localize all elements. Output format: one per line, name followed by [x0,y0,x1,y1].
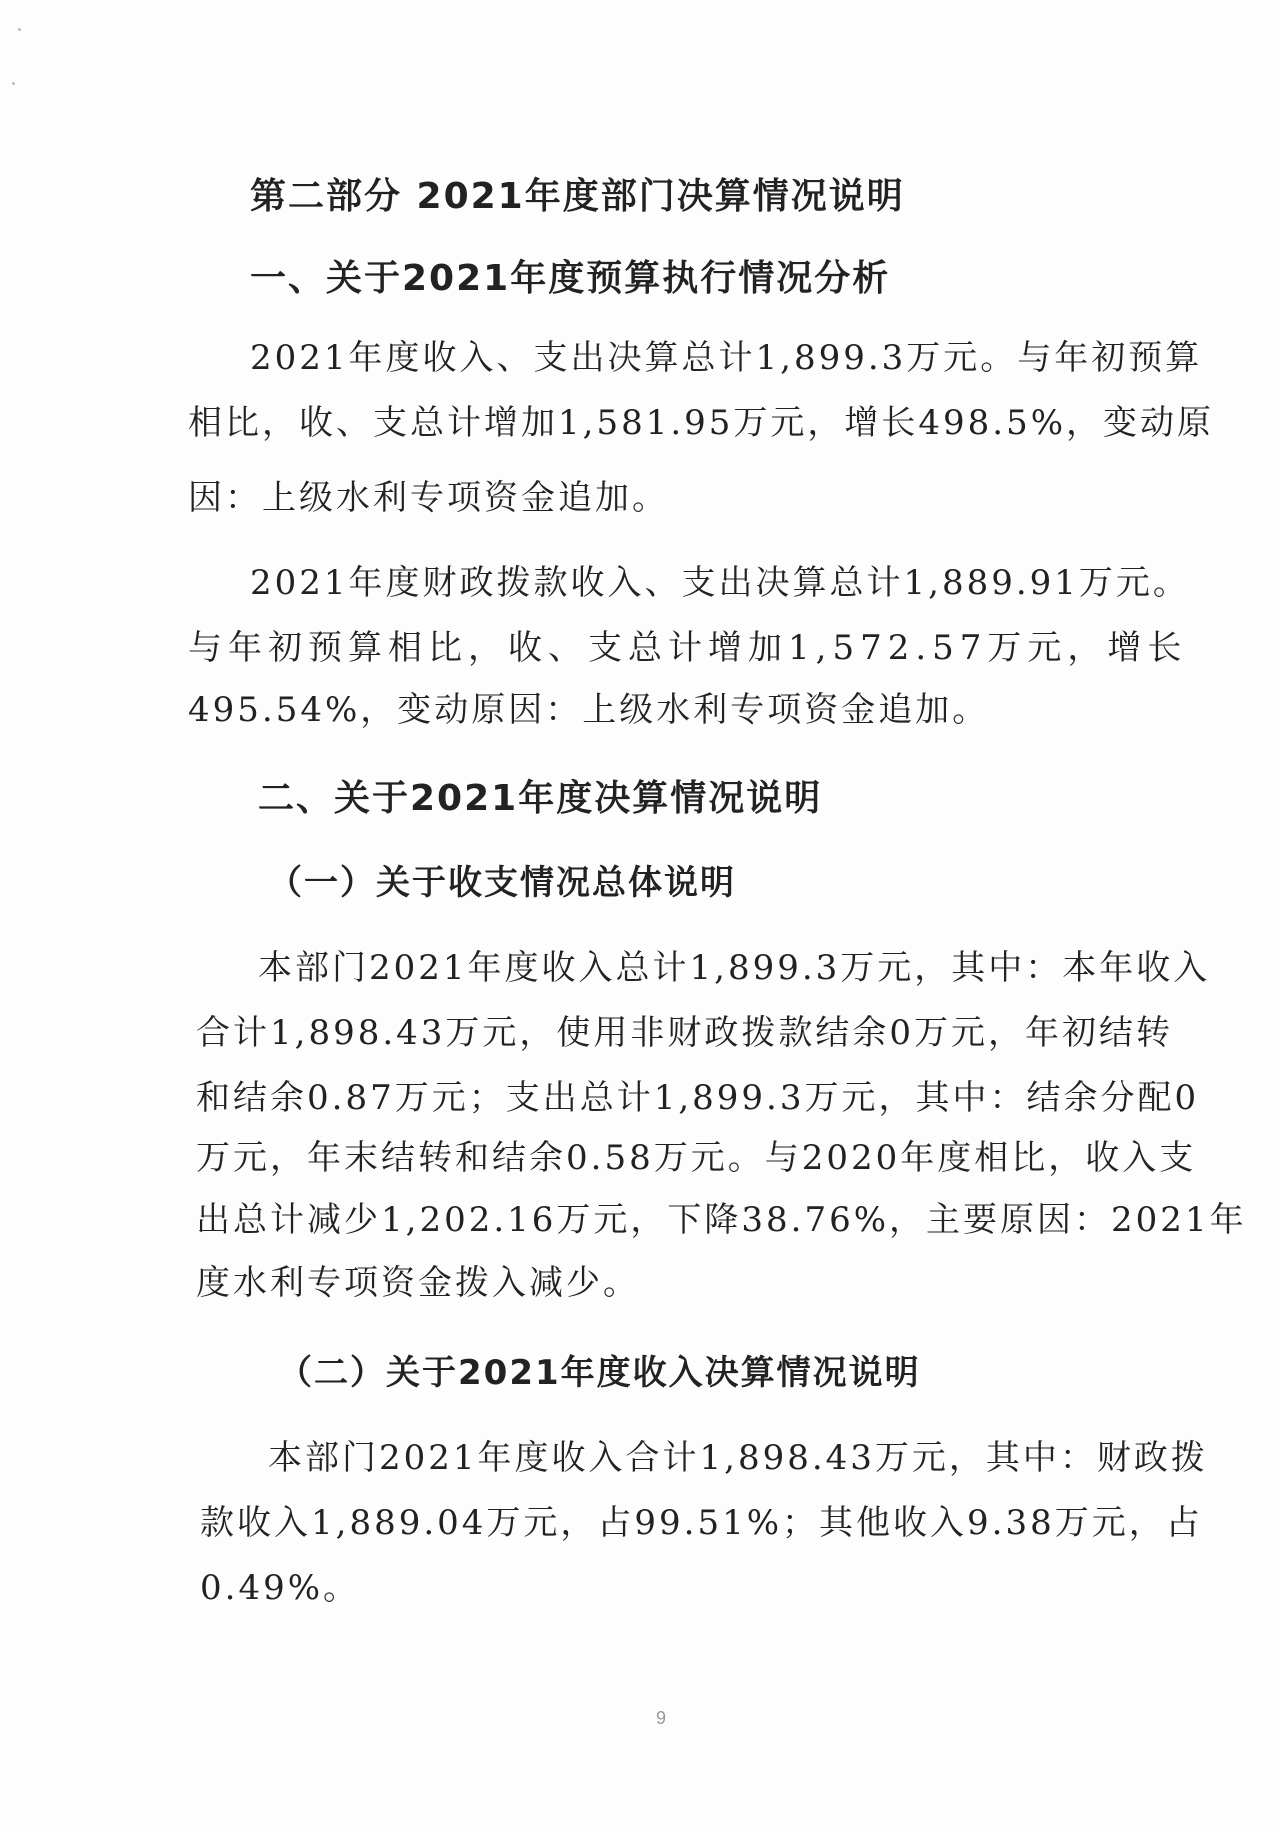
paragraph-line: 本部门2021年度收入总计1,899.3万元，其中：本年收入 [258,940,1210,989]
subsection2-heading: （二）关于2021年度收入决算情况说明 [278,1345,921,1394]
paragraph-line: 495.54%，变动原因：上级水利专项资金追加。 [188,682,989,731]
page-title: 第二部分 2021年度部门决算情况说明 [250,168,905,219]
paragraph-line: 与年初预算相比，收、支总计增加1,572.57万元，增长 [188,620,1187,669]
scan-speck [12,82,15,85]
paragraph-line: 0.49%。 [200,1560,360,1609]
paragraph-line: 合计1,898.43万元，使用非财政拨款结余0万元，年初结转 [196,1005,1173,1054]
section2-heading: 二、关于2021年度决算情况说明 [258,770,822,821]
paragraph-line: 度水利专项资金拨入减少。 [196,1255,640,1304]
paragraph-line: 和结余0.87万元；支出总计1,899.3万元，其中：结余分配0 [196,1070,1199,1119]
paragraph-line: 2021年度收入、支出决算总计1,899.3万元。与年初预算 [250,330,1202,379]
paragraph-line: 万元，年末结转和结余0.58万元。与2020年度相比，收入支 [196,1130,1196,1179]
paragraph-line: 因：上级水利专项资金追加。 [188,470,669,519]
paragraph-line: 本部门2021年度收入合计1,898.43万元，其中：财政拨 [268,1430,1208,1479]
subsection1-heading: （一）关于收支情况总体说明 [268,855,736,904]
paragraph-line: 2021年度财政拨款收入、支出决算总计1,889.91万元。 [250,555,1190,604]
paragraph-line: 出总计减少1,202.16万元，下降38.76%，主要原因：2021年 [196,1192,1247,1241]
page-number: 9 [656,1708,666,1729]
scan-speck [18,28,21,31]
paragraph-line: 款收入1,889.04万元，占99.51%；其他收入9.38万元，占 [200,1495,1203,1544]
section1-heading: 一、关于2021年度预算执行情况分析 [250,250,890,301]
paragraph-line: 相比，收、支总计增加1,581.95万元，增长498.5%，变动原 [188,395,1214,444]
